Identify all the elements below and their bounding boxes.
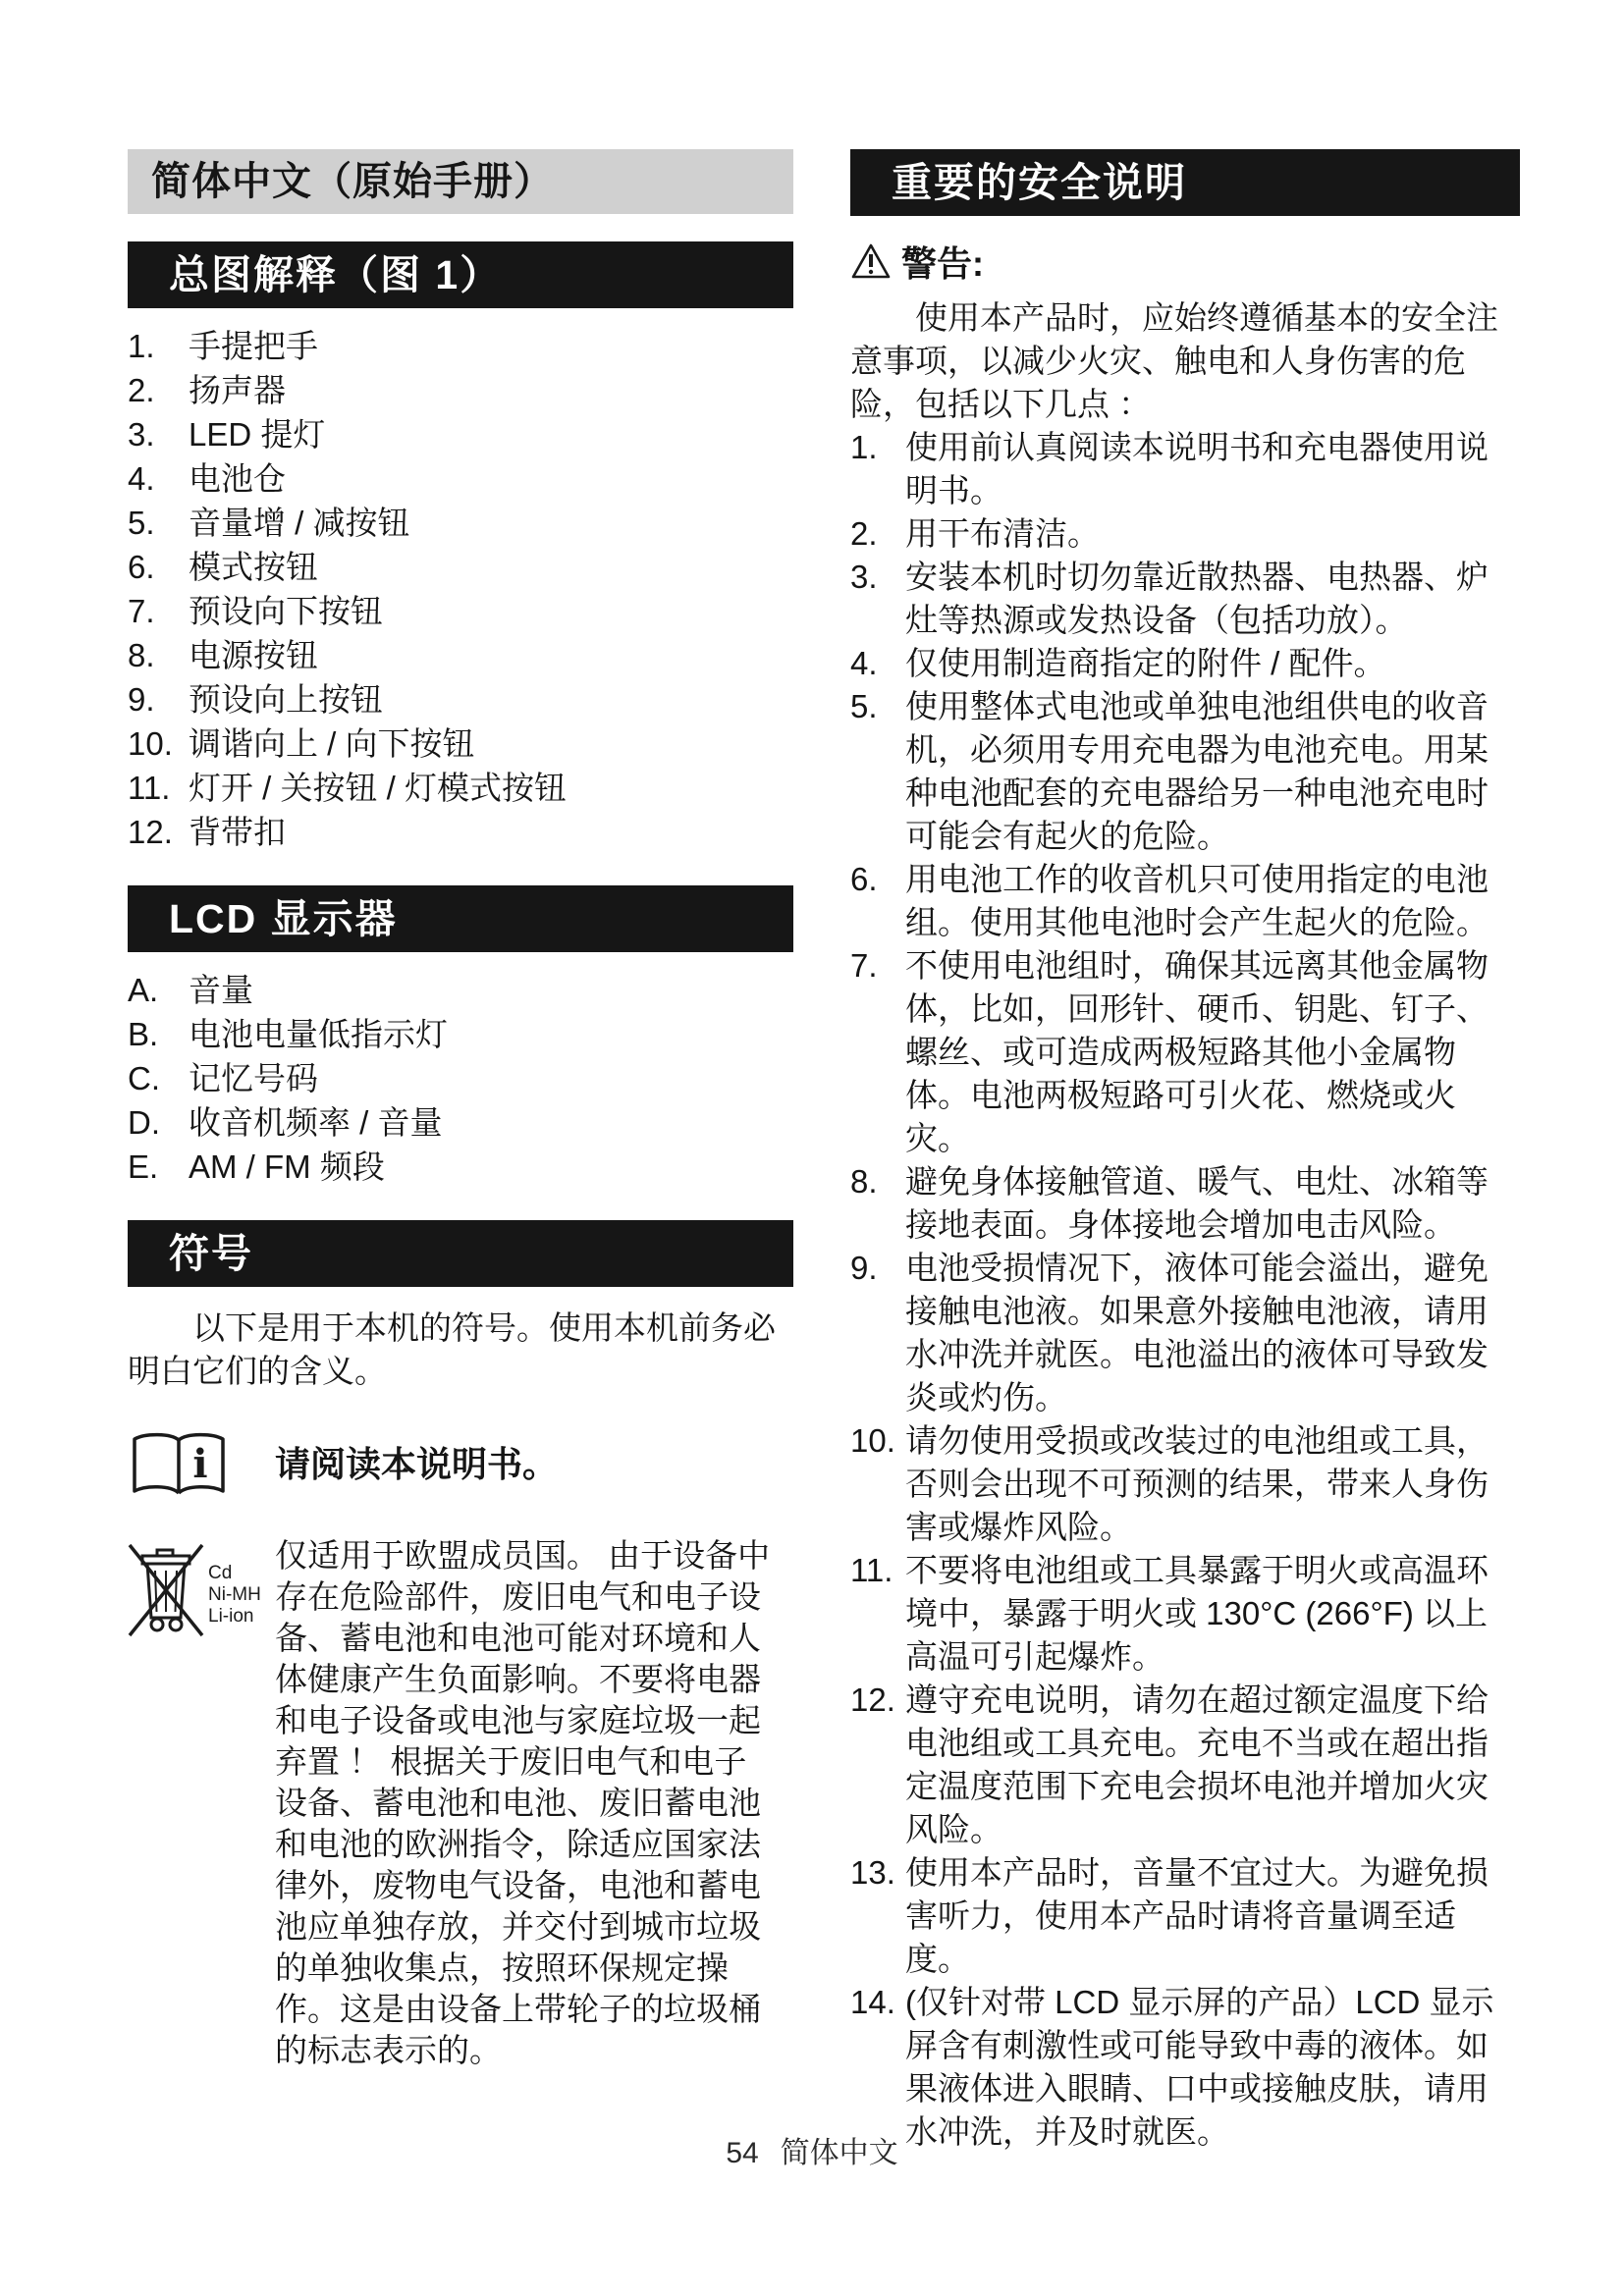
list-item-text: 灯开 / 关按钮 / 灯模式按钮 bbox=[189, 766, 793, 810]
list-item-text: 不使用电池组时，确保其远离其他金属物体，比如，回形针、硬币、钥匙、钉子、螺丝、或… bbox=[905, 944, 1494, 1160]
list-item-number: 7. bbox=[128, 589, 189, 633]
weee-label-nimh: Ni-MH bbox=[208, 1584, 261, 1605]
safety-list-item: 9. 电池受损情况下，液体可能会溢出，避免接触电池液。如果意外接触电池液，请用水… bbox=[850, 1247, 1494, 1419]
weee-label-liion: Li-ion bbox=[208, 1606, 253, 1627]
symbol-text-read-manual: 请阅读本说明书。 bbox=[275, 1428, 558, 1501]
safety-list-item: 10. 请勿使用受损或改装过的电池组或工具，否则会出现不可预测的结果，带来人身伤… bbox=[850, 1419, 1494, 1549]
right-column: 重要的安全说明 警告: 使用本产品时，应始终遵循基本的安全注意事项，以减少火灾、… bbox=[850, 149, 1520, 2154]
list-item-text: 使用前认真阅读本说明书和充电器使用说明书。 bbox=[905, 426, 1494, 512]
overview-list-item: 11. 灯开 / 关按钮 / 灯模式按钮 bbox=[128, 766, 793, 810]
list-item-text: LED 提灯 bbox=[189, 412, 793, 456]
warning-triangle-icon bbox=[850, 238, 901, 286]
list-item-text: 使用整体式电池或单独电池组供电的收音机，必须用专用充电器为电池充电。用某种电池配… bbox=[905, 685, 1494, 858]
safety-list-item: 1. 使用前认真阅读本说明书和充电器使用说明书。 bbox=[850, 426, 1494, 512]
safety-list-item: 3. 安装本机时切勿靠近散热器、电热器、炉灶等热源或发热设备（包括功放）。 bbox=[850, 556, 1494, 642]
list-item-number: 5. bbox=[850, 685, 905, 858]
list-item-text: 用干布清洁。 bbox=[905, 512, 1494, 556]
list-item-text: 预设向上按钮 bbox=[189, 677, 793, 721]
safety-list-item: 12. 遵守充电说明，请勿在超过额定温度下给电池组或工具充电。充电不当或在超出指… bbox=[850, 1679, 1494, 1851]
lcd-list-item: D. 收音机频率 / 音量 bbox=[128, 1100, 793, 1145]
overview-list-item: 2. 扬声器 bbox=[128, 368, 793, 412]
section-header-symbols: 符号 bbox=[128, 1220, 793, 1287]
list-item-number: 1. bbox=[128, 324, 189, 368]
left-column: 简体中文（原始手册） 总图解释（图 1） 1. 手提把手 2. 扬声器 3. L… bbox=[128, 149, 793, 2071]
overview-list-item: 10. 调谐向上 / 向下按钮 bbox=[128, 721, 793, 766]
list-item-text: 遵守充电说明，请勿在超过额定温度下给电池组或工具充电。充电不当或在超出指定温度范… bbox=[905, 1679, 1494, 1851]
list-item-number: 9. bbox=[850, 1247, 905, 1419]
overview-list-item: 4. 电池仓 bbox=[128, 456, 793, 501]
safety-list-item: 6. 用电池工作的收音机只可使用指定的电池组。使用其他电池时会产生起火的危险。 bbox=[850, 858, 1494, 944]
list-item-number: 2. bbox=[128, 368, 189, 412]
footer-page-number: 54 bbox=[726, 2137, 758, 2169]
warning-label: 警告: bbox=[901, 237, 984, 287]
manual-page: 简体中文（原始手册） 总图解释（图 1） 1. 手提把手 2. 扬声器 3. L… bbox=[0, 0, 1624, 2296]
list-item-number: 12. bbox=[850, 1679, 905, 1851]
safety-list-item: 13. 使用本产品时，音量不宜过大。为避免损害听力，使用本产品时请将音量调至适度… bbox=[850, 1851, 1494, 1981]
safety-list-item: 5. 使用整体式电池或单独电池组供电的收音机，必须用专用充电器为电池充电。用某种… bbox=[850, 685, 1494, 858]
section-header-lcd: LCD 显示器 bbox=[128, 885, 793, 952]
symbol-entry-weee: Cd Ni-MH Li-ion 仅适用于欧盟成员国。 由于设备中存在危险部件，废… bbox=[128, 1535, 793, 2071]
list-item-number: 10. bbox=[850, 1419, 905, 1549]
language-header: 简体中文（原始手册） bbox=[128, 149, 793, 214]
list-item-text: 电池仓 bbox=[189, 456, 793, 501]
list-item-text: 音量增 / 减按钮 bbox=[189, 501, 793, 545]
list-item-number: 3. bbox=[128, 412, 189, 456]
overview-list-item: 6. 模式按钮 bbox=[128, 545, 793, 589]
list-item-number: 5. bbox=[128, 501, 189, 545]
list-item-text: 安装本机时切勿靠近散热器、电热器、炉灶等热源或发热设备（包括功放）。 bbox=[905, 556, 1494, 642]
symbol-text-weee: 仅适用于欧盟成员国。 由于设备中存在危险部件，废旧电气和电子设备、蓄电池和电池可… bbox=[275, 1535, 771, 2071]
list-item-text: 手提把手 bbox=[189, 324, 793, 368]
list-item-text: 使用本产品时，音量不宜过大。为避免损害听力，使用本产品时请将音量调至适度。 bbox=[905, 1851, 1494, 1981]
page-footer: 54简体中文 bbox=[0, 2128, 1624, 2171]
list-item-letter: A. bbox=[128, 968, 189, 1012]
list-item-letter: C. bbox=[128, 1056, 189, 1100]
list-item-number: 11. bbox=[850, 1549, 905, 1679]
list-item-number: 4. bbox=[128, 456, 189, 501]
list-item-number: 9. bbox=[128, 677, 189, 721]
section-header-overview: 总图解释（图 1） bbox=[128, 241, 793, 308]
lcd-list-item: B. 电池电量低指示灯 bbox=[128, 1012, 793, 1056]
lcd-list-item: E. AM / FM 频段 bbox=[128, 1145, 793, 1189]
safety-list-item: 2. 用干布清洁。 bbox=[850, 512, 1494, 556]
list-item-letter: B. bbox=[128, 1012, 189, 1056]
overview-list-item: 5. 音量增 / 减按钮 bbox=[128, 501, 793, 545]
list-item-text: AM / FM 频段 bbox=[189, 1145, 793, 1189]
section-header-safety: 重要的安全说明 bbox=[850, 149, 1520, 216]
lcd-list-item: A. 音量 bbox=[128, 968, 793, 1012]
safety-list-item: 7. 不使用电池组时，确保其远离其他金属物体，比如，回形针、硬币、钥匙、钉子、螺… bbox=[850, 944, 1494, 1160]
list-item-letter: E. bbox=[128, 1145, 189, 1189]
list-item-text: 模式按钮 bbox=[189, 545, 793, 589]
list-item-number: 6. bbox=[850, 858, 905, 944]
lcd-list: A. 音量 B. 电池电量低指示灯 C. 记忆号码 D. 收音机频率 / 音量 bbox=[128, 968, 793, 1189]
overview-list: 1. 手提把手 2. 扬声器 3. LED 提灯 4. 电池仓 bbox=[128, 324, 793, 854]
list-item-text: 仅使用制造商指定的附件 / 配件。 bbox=[905, 642, 1494, 685]
safety-list-item: 4. 仅使用制造商指定的附件 / 配件。 bbox=[850, 642, 1494, 685]
overview-list-item: 1. 手提把手 bbox=[128, 324, 793, 368]
list-item-text: 用电池工作的收音机只可使用指定的电池组。使用其他电池时会产生起火的危险。 bbox=[905, 858, 1494, 944]
warning-row: 警告: bbox=[850, 236, 1520, 287]
svg-text:i: i bbox=[192, 1441, 207, 1487]
lcd-list-item: C. 记忆号码 bbox=[128, 1056, 793, 1100]
list-item-text: 音量 bbox=[189, 968, 793, 1012]
safety-list-item: 11. 不要将电池组或工具暴露于明火或高温环境中，暴露于明火或 130°C (2… bbox=[850, 1549, 1494, 1679]
footer-section-label: 简体中文 bbox=[781, 2137, 898, 2169]
symbol-entry-read-manual: i 请阅读本说明书。 bbox=[128, 1428, 793, 1508]
overview-list-item: 9. 预设向上按钮 bbox=[128, 677, 793, 721]
list-item-number: 1. bbox=[850, 426, 905, 512]
weee-label-cd: Cd bbox=[208, 1563, 232, 1583]
list-item-number: 3. bbox=[850, 556, 905, 642]
list-item-text: 电池电量低指示灯 bbox=[189, 1012, 793, 1056]
list-item-number: 4. bbox=[850, 642, 905, 685]
overview-list-item: 8. 电源按钮 bbox=[128, 633, 793, 677]
safety-intro: 使用本产品时，应始终遵循基本的安全注意事项，以减少火灾、触电和人身伤害的危险，包… bbox=[850, 296, 1520, 426]
overview-list-item: 7. 预设向下按钮 bbox=[128, 589, 793, 633]
list-item-text: 收音机频率 / 音量 bbox=[189, 1100, 793, 1145]
list-item-number: 2. bbox=[850, 512, 905, 556]
list-item-text: 避免身体接触管道、暖气、电灶、冰箱等接地表面。身体接地会增加电击风险。 bbox=[905, 1160, 1494, 1247]
weee-crossed-bin-icon: Cd Ni-MH Li-ion bbox=[128, 1535, 275, 1652]
list-item-number: 8. bbox=[850, 1160, 905, 1247]
list-item-number: 11. bbox=[128, 766, 189, 810]
list-item-number: 12. bbox=[128, 810, 189, 854]
safety-list: 1. 使用前认真阅读本说明书和充电器使用说明书。 2. 用干布清洁。 3. 安装… bbox=[850, 426, 1494, 2154]
list-item-number: 6. bbox=[128, 545, 189, 589]
symbols-intro: 以下是用于本机的符号。使用本机前务必明白它们的含义。 bbox=[128, 1307, 793, 1393]
read-manual-book-icon: i bbox=[128, 1428, 275, 1508]
list-item-text: 背带扣 bbox=[189, 810, 793, 854]
overview-list-item: 3. LED 提灯 bbox=[128, 412, 793, 456]
list-item-number: 7. bbox=[850, 944, 905, 1160]
list-item-number: 10. bbox=[128, 721, 189, 766]
list-item-text: 调谐向上 / 向下按钮 bbox=[189, 721, 793, 766]
list-item-text: 电池受损情况下，液体可能会溢出，避免接触电池液。如果意外接触电池液，请用水冲洗并… bbox=[905, 1247, 1494, 1419]
overview-list-item: 12. 背带扣 bbox=[128, 810, 793, 854]
list-item-text: 扬声器 bbox=[189, 368, 793, 412]
list-item-text: 电源按钮 bbox=[189, 633, 793, 677]
safety-list-item: 8. 避免身体接触管道、暖气、电灶、冰箱等接地表面。身体接地会增加电击风险。 bbox=[850, 1160, 1494, 1247]
list-item-text: 请勿使用受损或改装过的电池组或工具，否则会出现不可预测的结果，带来人身伤害或爆炸… bbox=[905, 1419, 1494, 1549]
list-item-letter: D. bbox=[128, 1100, 189, 1145]
list-item-number: 13. bbox=[850, 1851, 905, 1981]
list-item-text: 不要将电池组或工具暴露于明火或高温环境中，暴露于明火或 130°C (266°F… bbox=[905, 1549, 1494, 1679]
list-item-number: 8. bbox=[128, 633, 189, 677]
list-item-text: 记忆号码 bbox=[189, 1056, 793, 1100]
list-item-text: 预设向下按钮 bbox=[189, 589, 793, 633]
